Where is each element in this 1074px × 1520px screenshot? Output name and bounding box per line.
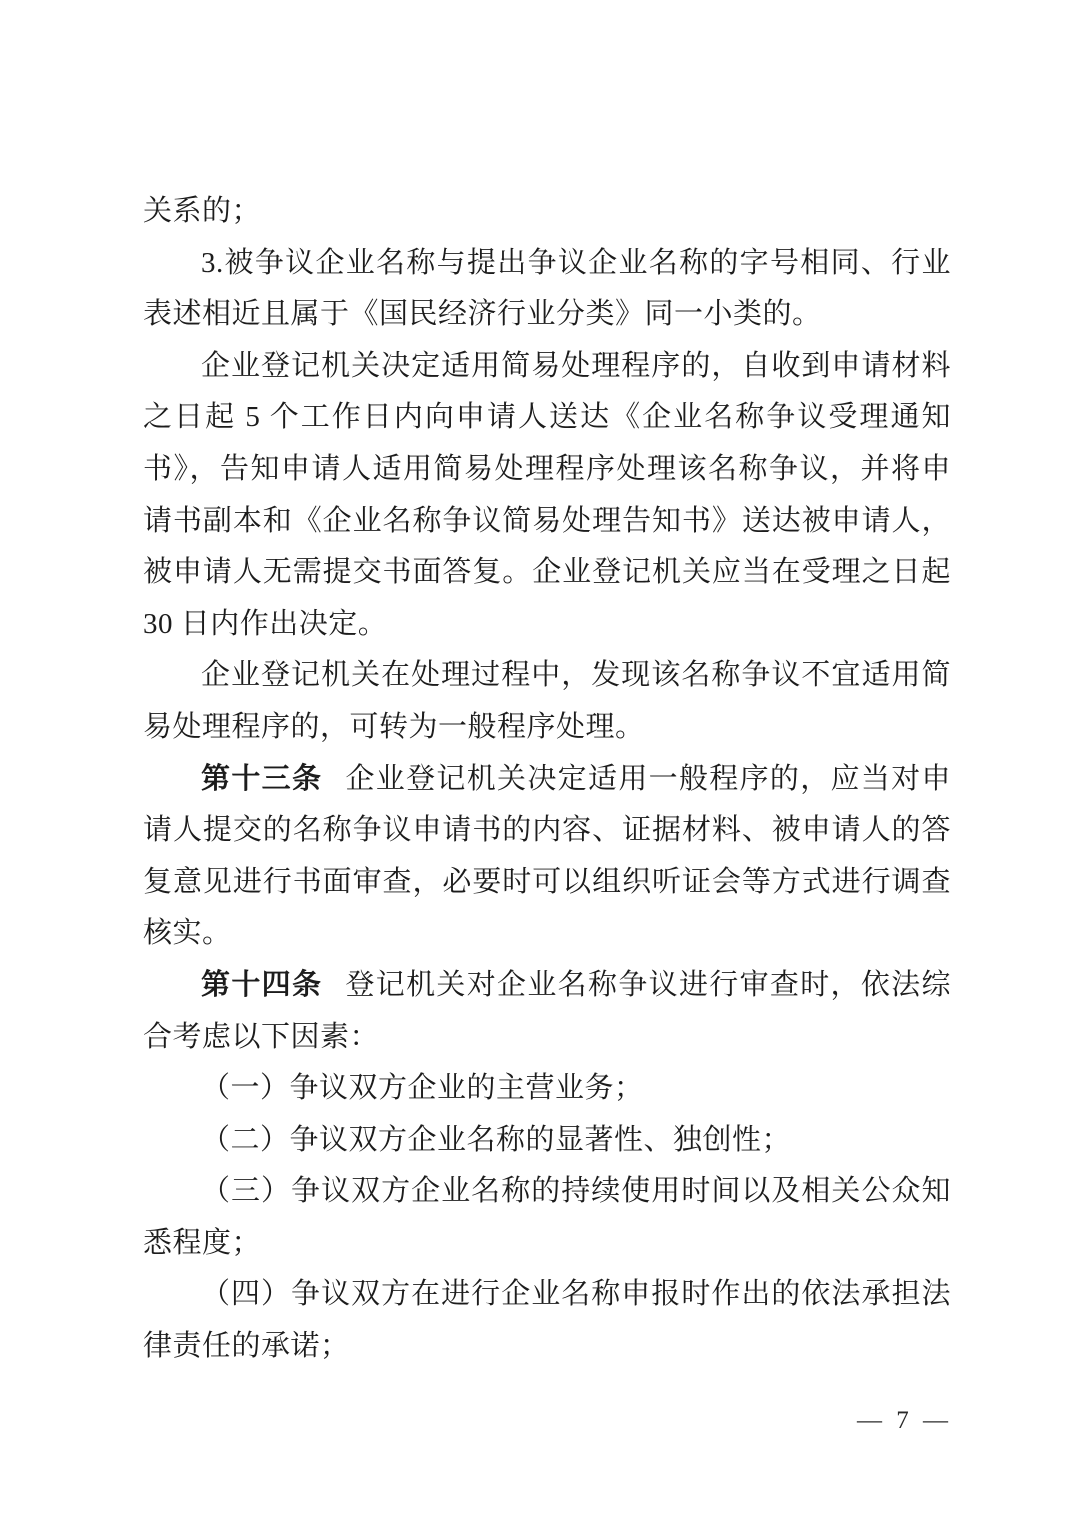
paragraph-simple-procedure: 企业登记机关决定适用简易处理程序的，自收到申请材料之日起 5 个工作日内向申请人… — [143, 341, 951, 651]
paragraph-factor-2: （二）争议双方企业名称的显著性、独创性； — [143, 1115, 951, 1167]
paragraph-article-13: 第十三条企业登记机关决定适用一般程序的，应当对申请人提交的名称争议申请书的内容、… — [143, 754, 951, 960]
paragraph-continuation: 关系的； — [143, 186, 951, 238]
article-14-heading: 第十四条 — [201, 969, 322, 1001]
paragraph-convert-procedure: 企业登记机关在处理过程中，发现该名称争议不宜适用简易处理程序的，可转为一般程序处… — [143, 650, 951, 753]
paragraph-article-14: 第十四条登记机关对企业名称争议进行审查时，依法综合考虑以下因素： — [143, 960, 951, 1063]
paragraph-factor-4: （四）争议双方在进行企业名称申报时作出的依法承担法律责任的承诺； — [143, 1269, 951, 1372]
page-number: — 7 — — [857, 1406, 952, 1436]
paragraph-factor-1: （一）争议双方企业的主营业务； — [143, 1063, 951, 1115]
paragraph-list-item-3: 3.被争议企业名称与提出争议企业名称的字号相同、行业表述相近且属于《国民经济行业… — [143, 238, 951, 341]
document-page: 关系的； 3.被争议企业名称与提出争议企业名称的字号相同、行业表述相近且属于《国… — [0, 0, 1074, 1520]
article-13-heading: 第十三条 — [201, 763, 322, 795]
document-body: 关系的； 3.被争议企业名称与提出争议企业名称的字号相同、行业表述相近且属于《国… — [143, 186, 951, 1373]
paragraph-factor-3: （三）争议双方企业名称的持续使用时间以及相关公众知悉程度； — [143, 1166, 951, 1269]
